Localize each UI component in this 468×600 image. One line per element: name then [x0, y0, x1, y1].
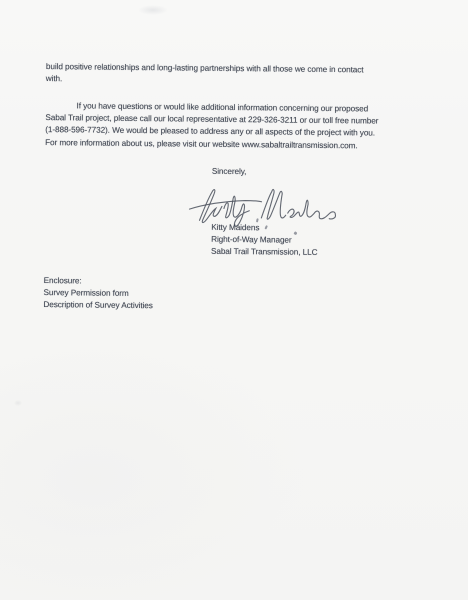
- enclosure-section: Enclosure: Survey Permission form Descri…: [43, 275, 153, 313]
- enclosure-item: Description of Survey Activities: [43, 299, 153, 312]
- scanned-letter-page: build positive relationships and long-la…: [0, 0, 468, 600]
- paragraph-line: For more information about us, please vi…: [45, 137, 378, 153]
- enclosure-label: Enclosure:: [44, 275, 154, 288]
- signatory-company: Sabal Trail Transmission, LLC: [211, 246, 318, 259]
- paragraph-relationships: build positive relationships and long-la…: [46, 61, 364, 89]
- enclosure-item: Survey Permission form: [43, 287, 153, 300]
- closing-salutation: Sincerely,: [212, 166, 247, 179]
- letter-content: build positive relationships and long-la…: [0, 0, 468, 600]
- signatory-title: Right-of-Way Manager: [211, 234, 318, 247]
- paragraph-contact-info: If you have questions or would like addi…: [45, 100, 378, 152]
